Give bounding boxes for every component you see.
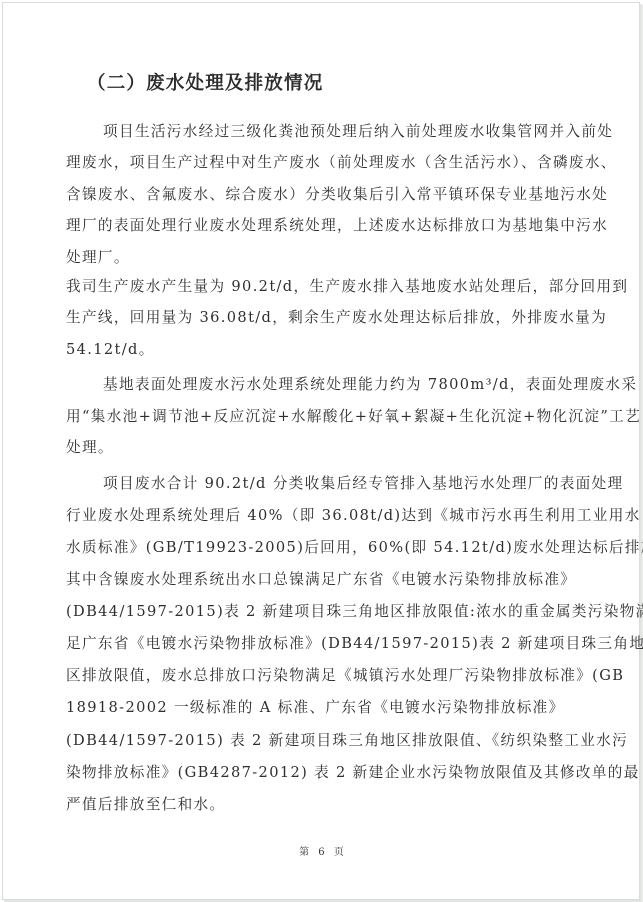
paragraph-4-line-8: 18918-2002 一级标准的 A 标准、广东省《电镀水污染物排放标准》 [66, 696, 565, 717]
document-page: （二）废水处理及排放情况 项目生活污水经过三级化粪池预处理后纳入前处理废水收集管… [2, 2, 640, 900]
paragraph-4-line-11: 严值后排放至仁和水。 [66, 793, 225, 814]
paragraph-4-line-5: (DB44/1597-2015)表 2 新建项目珠三角地区排放限值:浓水的重金属… [66, 600, 643, 621]
paragraph-4-line-10: 染物排放标准》(GB4287-2012) 表 2 新建企业水污染物放限值及其修改… [66, 761, 640, 782]
paragraph-4-line-7: 区排放限值，废水总排放口污染物满足《城镇污水处理厂污染物排放标准》(GB [66, 664, 624, 685]
paragraph-4-line-2: 行业废水处理系统处理后 40%（即 36.08t/d)达到《城市污水再生利用工业… [66, 504, 641, 525]
paragraph-4-line-1: 项目废水合计 90.2t/d 分类收集后经专管排入基地污水处理厂的表面处理 [103, 472, 623, 493]
paragraph-1-line-1: 项目生活污水经过三级化粪池预处理后纳入前处理废水收集管网并入前处 [103, 120, 613, 141]
paragraph-1-line-4: 理厂的表面处理行业废水处理系统处理，上述废水达标排放口为基地集中污水 [66, 214, 608, 235]
paragraph-4-line-6: 足广东省《电镀水污染物排放标准》(DB44/1597-2015)表 2 新建项目… [66, 632, 643, 653]
paragraph-3-line-1: 基地表面处理废水污水处理系统处理能力约为 7800m³/d，表面处理废水采 [103, 373, 637, 394]
paragraph-4-line-9: (DB44/1597-2015) 表 2 新建项目珠三角地区排放限值、《纺织染整… [66, 729, 628, 750]
section-heading: （二）废水处理及排放情况 [87, 69, 323, 95]
paragraph-4-line-3: 水质标准》(GB/T19923-2005)后回用，60%(即 54.12t/d)… [66, 536, 643, 557]
paragraph-4-line-4: 其中含镍废水处理系统出水口总镍满足广东省《电镀水污染物排放标准》 [66, 568, 576, 589]
paragraph-2-line-1: 我司生产废水产生量为 90.2t/d，生产废水排入基地废水站处理后，部分回用到 [66, 275, 628, 296]
paragraph-2-line-2: 生产线，回用量为 36.08t/d，剩余生产废水处理达标后排放，外排废水量为 [66, 306, 607, 327]
paragraph-2-line-3: 54.12t/d。 [66, 338, 155, 359]
paragraph-1-line-5: 处理厂。 [66, 246, 130, 267]
paragraph-1-line-3: 含镍废水、含氟废水、综合废水）分类收集后引入常平镇环保专业基地污水处 [66, 183, 608, 204]
paragraph-1-line-2: 理废水，项目生产过程中对生产废水（前处理废水（含生活污水）、含磷废水、 [66, 151, 617, 172]
page-number: 第 6 页 [3, 843, 643, 858]
paragraph-3-line-2: 用“集水池+调节池+反应沉淀+水解酸化+好氧+絮凝+生化沉淀+物化沉淀”工艺 [66, 405, 641, 426]
paragraph-3-line-3: 处理。 [66, 436, 114, 457]
